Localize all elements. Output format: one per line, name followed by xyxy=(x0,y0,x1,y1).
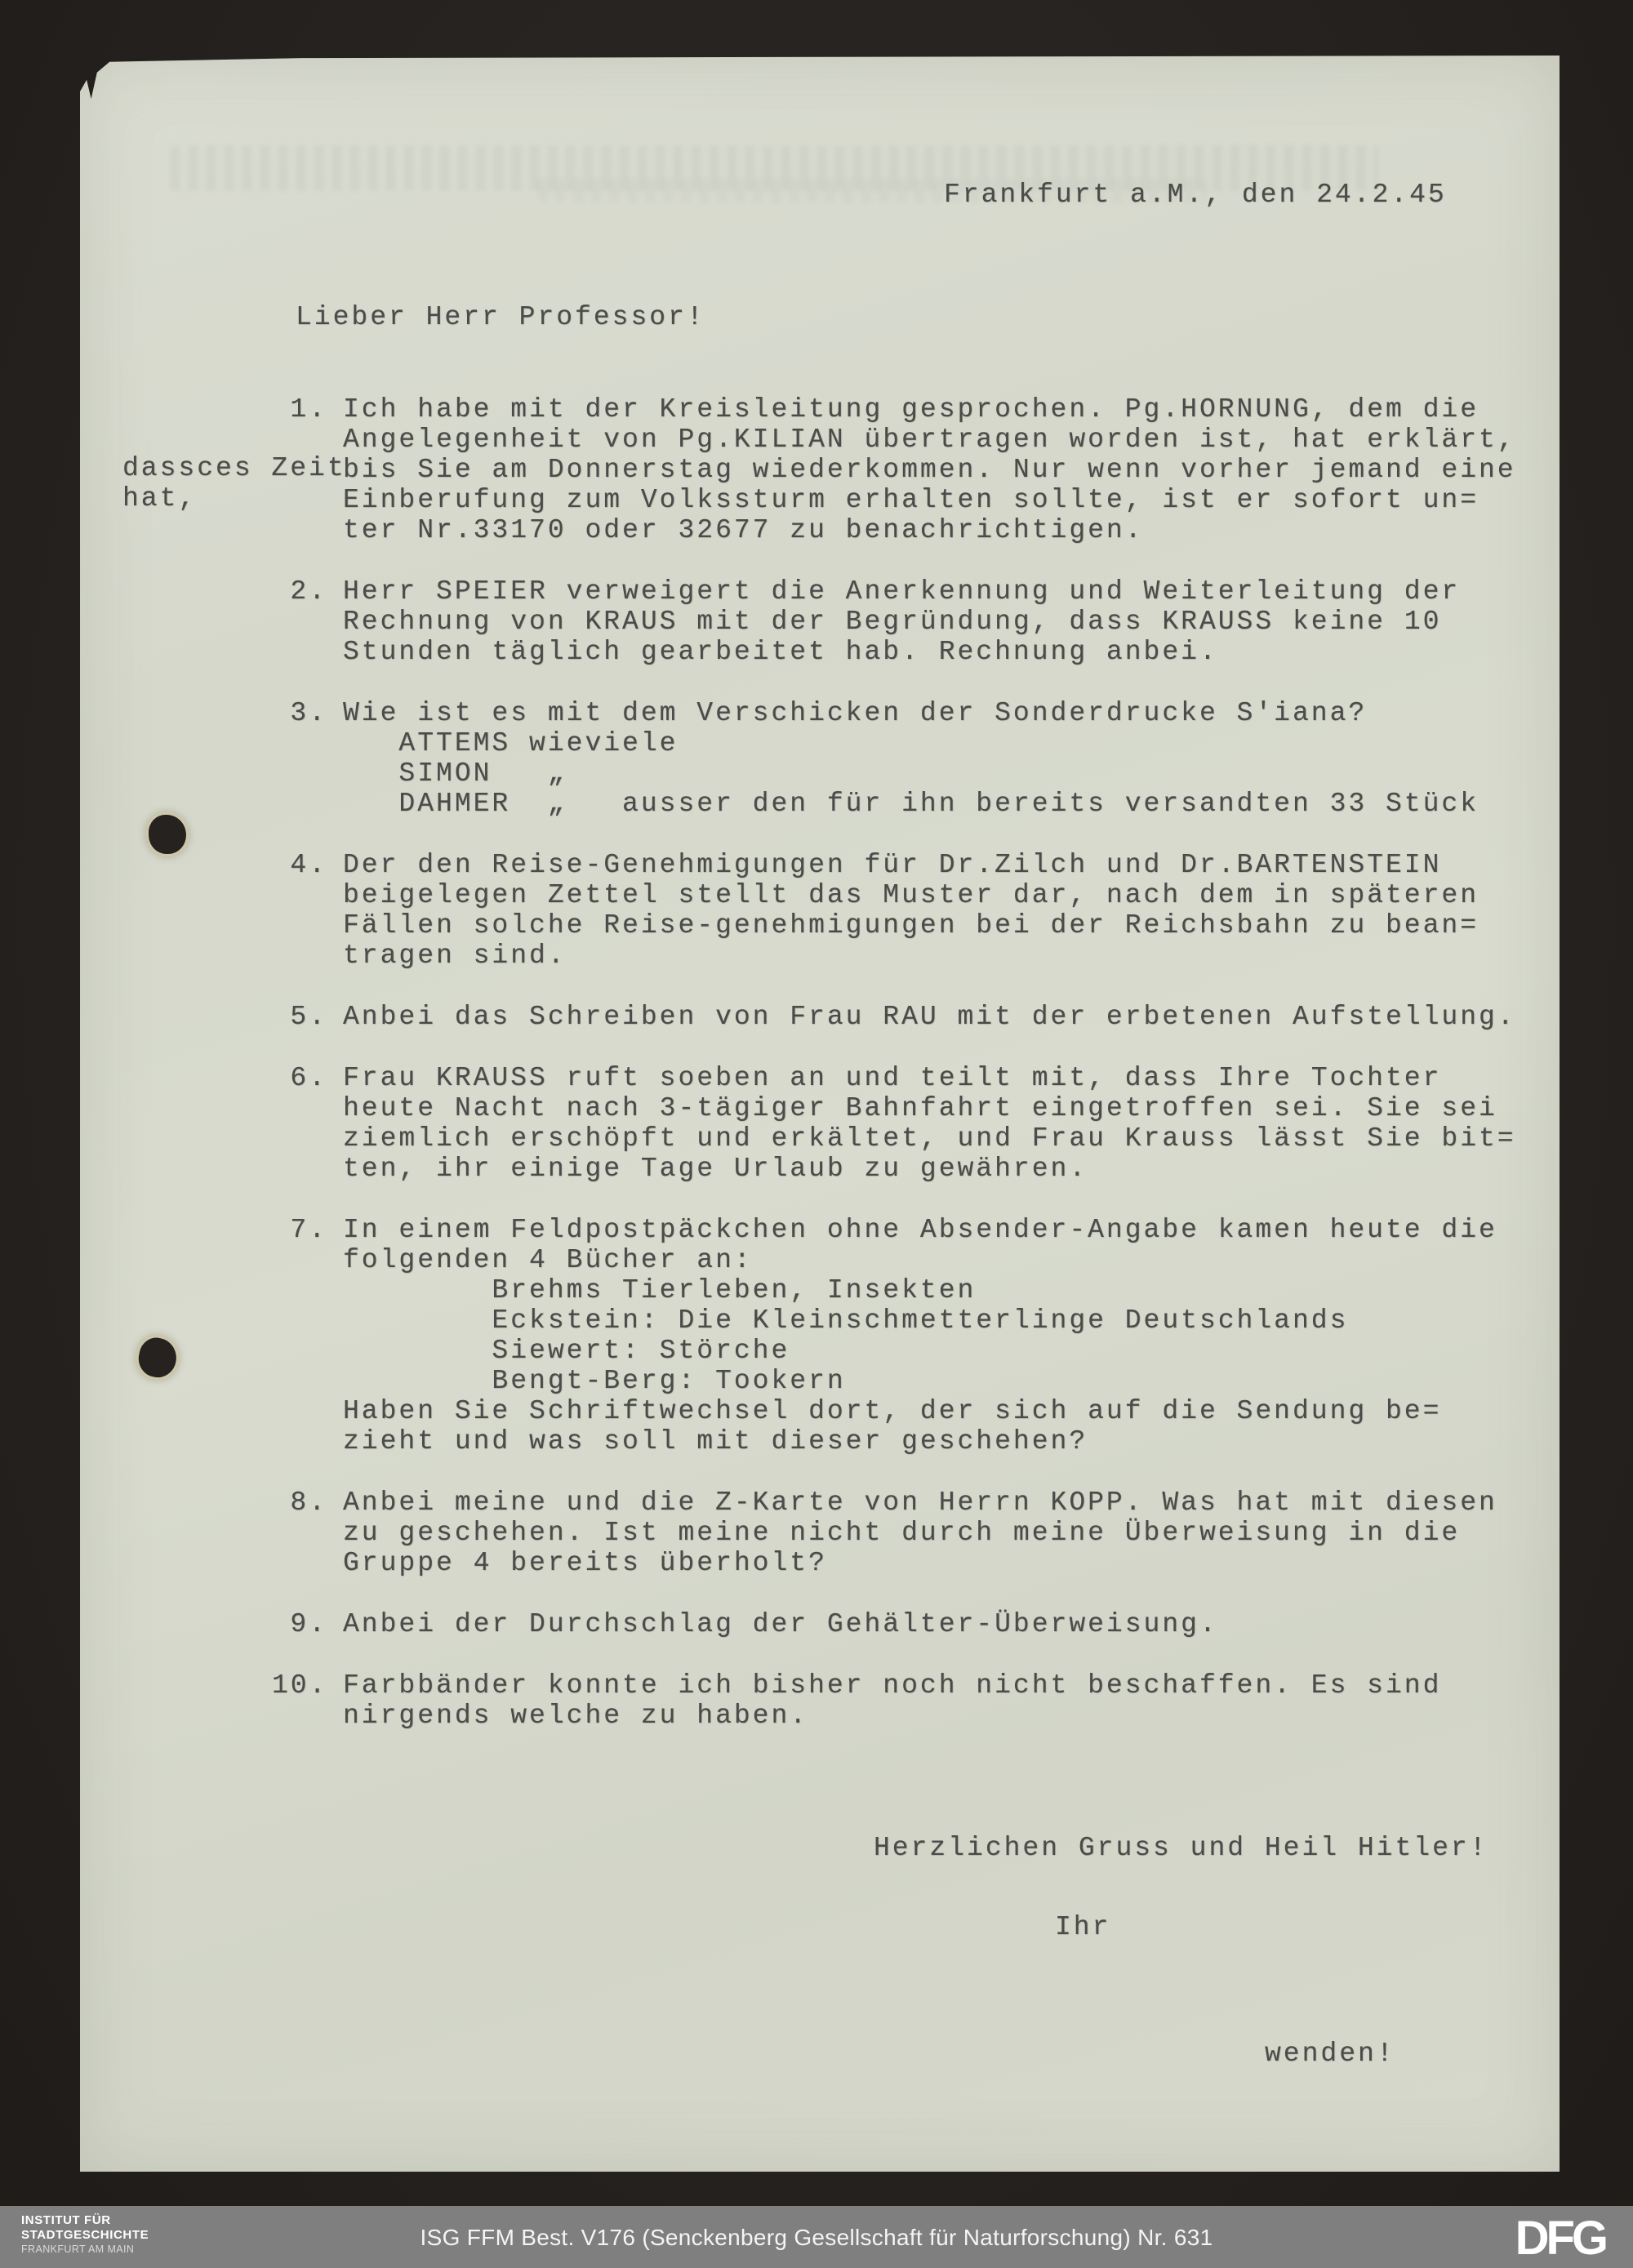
archive-reference-label: ISG FFM Best. V176 (Senckenberg Gesellsc… xyxy=(0,2225,1633,2251)
item-text-line: Herr SPEIER verweigert die Anerkennung u… xyxy=(343,576,1460,607)
letter-items: 1.Ich habe mit der Kreisleitung gesproch… xyxy=(288,394,1562,1762)
item-text-line: Fällen solche Reise-genehmigungen bei de… xyxy=(343,910,1479,941)
item-text: Der den Reise-Genehmigungen für Dr.Zilch… xyxy=(343,850,1479,971)
letter-item: 6.Frau KRAUSS ruft soeben an und teilt m… xyxy=(288,1063,1562,1184)
item-number: 7. xyxy=(272,1215,327,1456)
letter-item: 1.Ich habe mit der Kreisleitung gesproch… xyxy=(288,394,1562,545)
punch-hole-bottom xyxy=(136,1335,180,1381)
letter-sheet: Frankfurt a.M., den 24.2.45 Lieber Herr … xyxy=(80,56,1560,2172)
item-text-line: Farbbänder konnte ich bisher noch nicht … xyxy=(343,1670,1441,1701)
item-text-line: Stunden täglich gearbeitet hab. Rechnung… xyxy=(343,637,1460,667)
closing-line: Herzlichen Gruss und Heil Hitler! xyxy=(874,1833,1488,1863)
item-text-line: DAHMER „ ausser den für ihn bereits vers… xyxy=(343,789,1479,819)
item-text-line: Brehms Tierleben, Insekten xyxy=(343,1275,1497,1305)
item-number: 4. xyxy=(272,850,327,971)
item-text-line: Bengt-Berg: Tookern xyxy=(343,1366,1497,1396)
item-text-line: ATTEMS wieviele xyxy=(343,728,1479,758)
item-text: Ich habe mit der Kreisleitung gesprochen… xyxy=(343,394,1516,545)
item-text-line: folgenden 4 Bücher an: xyxy=(343,1245,1497,1275)
item-number: 5. xyxy=(272,1002,327,1032)
item-text-line: bis Sie am Donnerstag wiederkommen. Nur … xyxy=(343,455,1516,485)
item-text-line: heute Nacht nach 3-tägiger Bahnfahrt ein… xyxy=(343,1093,1516,1123)
item-text: Wie ist es mit dem Verschicken der Sonde… xyxy=(343,698,1479,819)
item-text-line: nirgends welche zu haben. xyxy=(343,1701,1441,1731)
letter-item: 3.Wie ist es mit dem Verschicken der Son… xyxy=(288,698,1562,819)
item-number: 3. xyxy=(272,698,327,819)
item-text-line: beigelegen Zettel stellt das Muster dar,… xyxy=(343,880,1479,910)
letter-item: 2.Herr SPEIER verweigert die Anerkennung… xyxy=(288,576,1562,667)
item-text-line: Siewert: Störche xyxy=(343,1336,1497,1366)
item-text-line: Anbei der Durchschlag der Gehälter-Überw… xyxy=(343,1609,1218,1639)
letter-item: 5.Anbei das Schreiben von Frau RAU mit d… xyxy=(288,1002,1562,1032)
item-text-line: zu geschehen. Ist meine nicht durch mein… xyxy=(343,1518,1497,1548)
item-text-line: Angelegenheit von Pg.KILIAN übertragen w… xyxy=(343,425,1516,455)
item-text: Farbbänder konnte ich bisher noch nicht … xyxy=(343,1670,1441,1731)
item-text-line: Gruppe 4 bereits überholt? xyxy=(343,1548,1497,1578)
item-text: In einem Feldpostpäckchen ohne Absender-… xyxy=(343,1215,1497,1456)
item-text-line: Wie ist es mit dem Verschicken der Sonde… xyxy=(343,698,1479,728)
item-text-line: Anbei meine und die Z-Karte von Herrn KO… xyxy=(343,1488,1497,1518)
item-text-line: SIMON „ xyxy=(343,758,1479,789)
item-text-line: Haben Sie Schriftwechsel dort, der sich … xyxy=(343,1396,1497,1426)
item-text: Herr SPEIER verweigert die Anerkennung u… xyxy=(343,576,1460,667)
letter-item: 9.Anbei der Durchschlag der Gehälter-Übe… xyxy=(288,1609,1562,1639)
item-text-line: Rechnung von KRAUS mit der Begründung, d… xyxy=(343,607,1460,637)
item-text-line: Anbei das Schreiben von Frau RAU mit der… xyxy=(343,1002,1516,1032)
item-text-line: ziemlich erschöpft und erkältet, und Fra… xyxy=(343,1123,1516,1154)
dfg-logo: DFG xyxy=(1515,2211,1605,2266)
item-text-line: zieht und was soll mit dieser geschehen? xyxy=(343,1426,1497,1456)
dateline: Frankfurt a.M., den 24.2.45 xyxy=(944,180,1447,210)
item-number: 2. xyxy=(272,576,327,667)
item-number: 6. xyxy=(272,1063,327,1184)
item-text-line: Ich habe mit der Kreisleitung gesprochen… xyxy=(343,394,1516,425)
turn-note: wenden! xyxy=(1265,2039,1395,2069)
item-text-line: Frau KRAUSS ruft soeben an und teilt mit… xyxy=(343,1063,1516,1093)
letter-item: 10.Farbbänder konnte ich bisher noch nic… xyxy=(288,1670,1562,1731)
letter-item: 7.In einem Feldpostpäckchen ohne Absende… xyxy=(288,1215,1562,1456)
item-text-line: Einberufung zum Volkssturm erhalten soll… xyxy=(343,485,1516,515)
item-text: Anbei der Durchschlag der Gehälter-Überw… xyxy=(343,1609,1218,1639)
letter-item: 8.Anbei meine und die Z-Karte von Herrn … xyxy=(288,1488,1562,1578)
item-text-line: In einem Feldpostpäckchen ohne Absender-… xyxy=(343,1215,1497,1245)
archive-footer-bar: INSTITUT FÜR STADTGESCHICHTE FRANKFURT A… xyxy=(0,2206,1633,2268)
punch-hole-top xyxy=(149,815,186,854)
item-text-line: tragen sind. xyxy=(343,941,1479,971)
item-text-line: Der den Reise-Genehmigungen für Dr.Zilch… xyxy=(343,850,1479,880)
scanned-letter-page: { "colors":{ "background":"#272321", "pa… xyxy=(0,0,1633,2268)
signature-line: Ihr xyxy=(1055,1912,1110,1942)
salutation: Lieber Herr Professor! xyxy=(296,302,705,332)
item-number: 8. xyxy=(272,1488,327,1578)
item-text-line: ter Nr.33170 oder 32677 zu benachrichtig… xyxy=(343,515,1516,545)
item-number: 9. xyxy=(272,1609,327,1639)
item-text: Anbei das Schreiben von Frau RAU mit der… xyxy=(343,1002,1516,1032)
item-number: 10. xyxy=(272,1670,327,1731)
item-text-line: Eckstein: Die Kleinschmetterlinge Deutsc… xyxy=(343,1305,1497,1336)
item-text-line: ten, ihr einige Tage Urlaub zu gewähren. xyxy=(343,1154,1516,1184)
item-text: Anbei meine und die Z-Karte von Herrn KO… xyxy=(343,1488,1497,1578)
letter-item: 4.Der den Reise-Genehmigungen für Dr.Zil… xyxy=(288,850,1562,971)
item-number: 1. xyxy=(272,394,327,545)
item-text: Frau KRAUSS ruft soeben an und teilt mit… xyxy=(343,1063,1516,1184)
